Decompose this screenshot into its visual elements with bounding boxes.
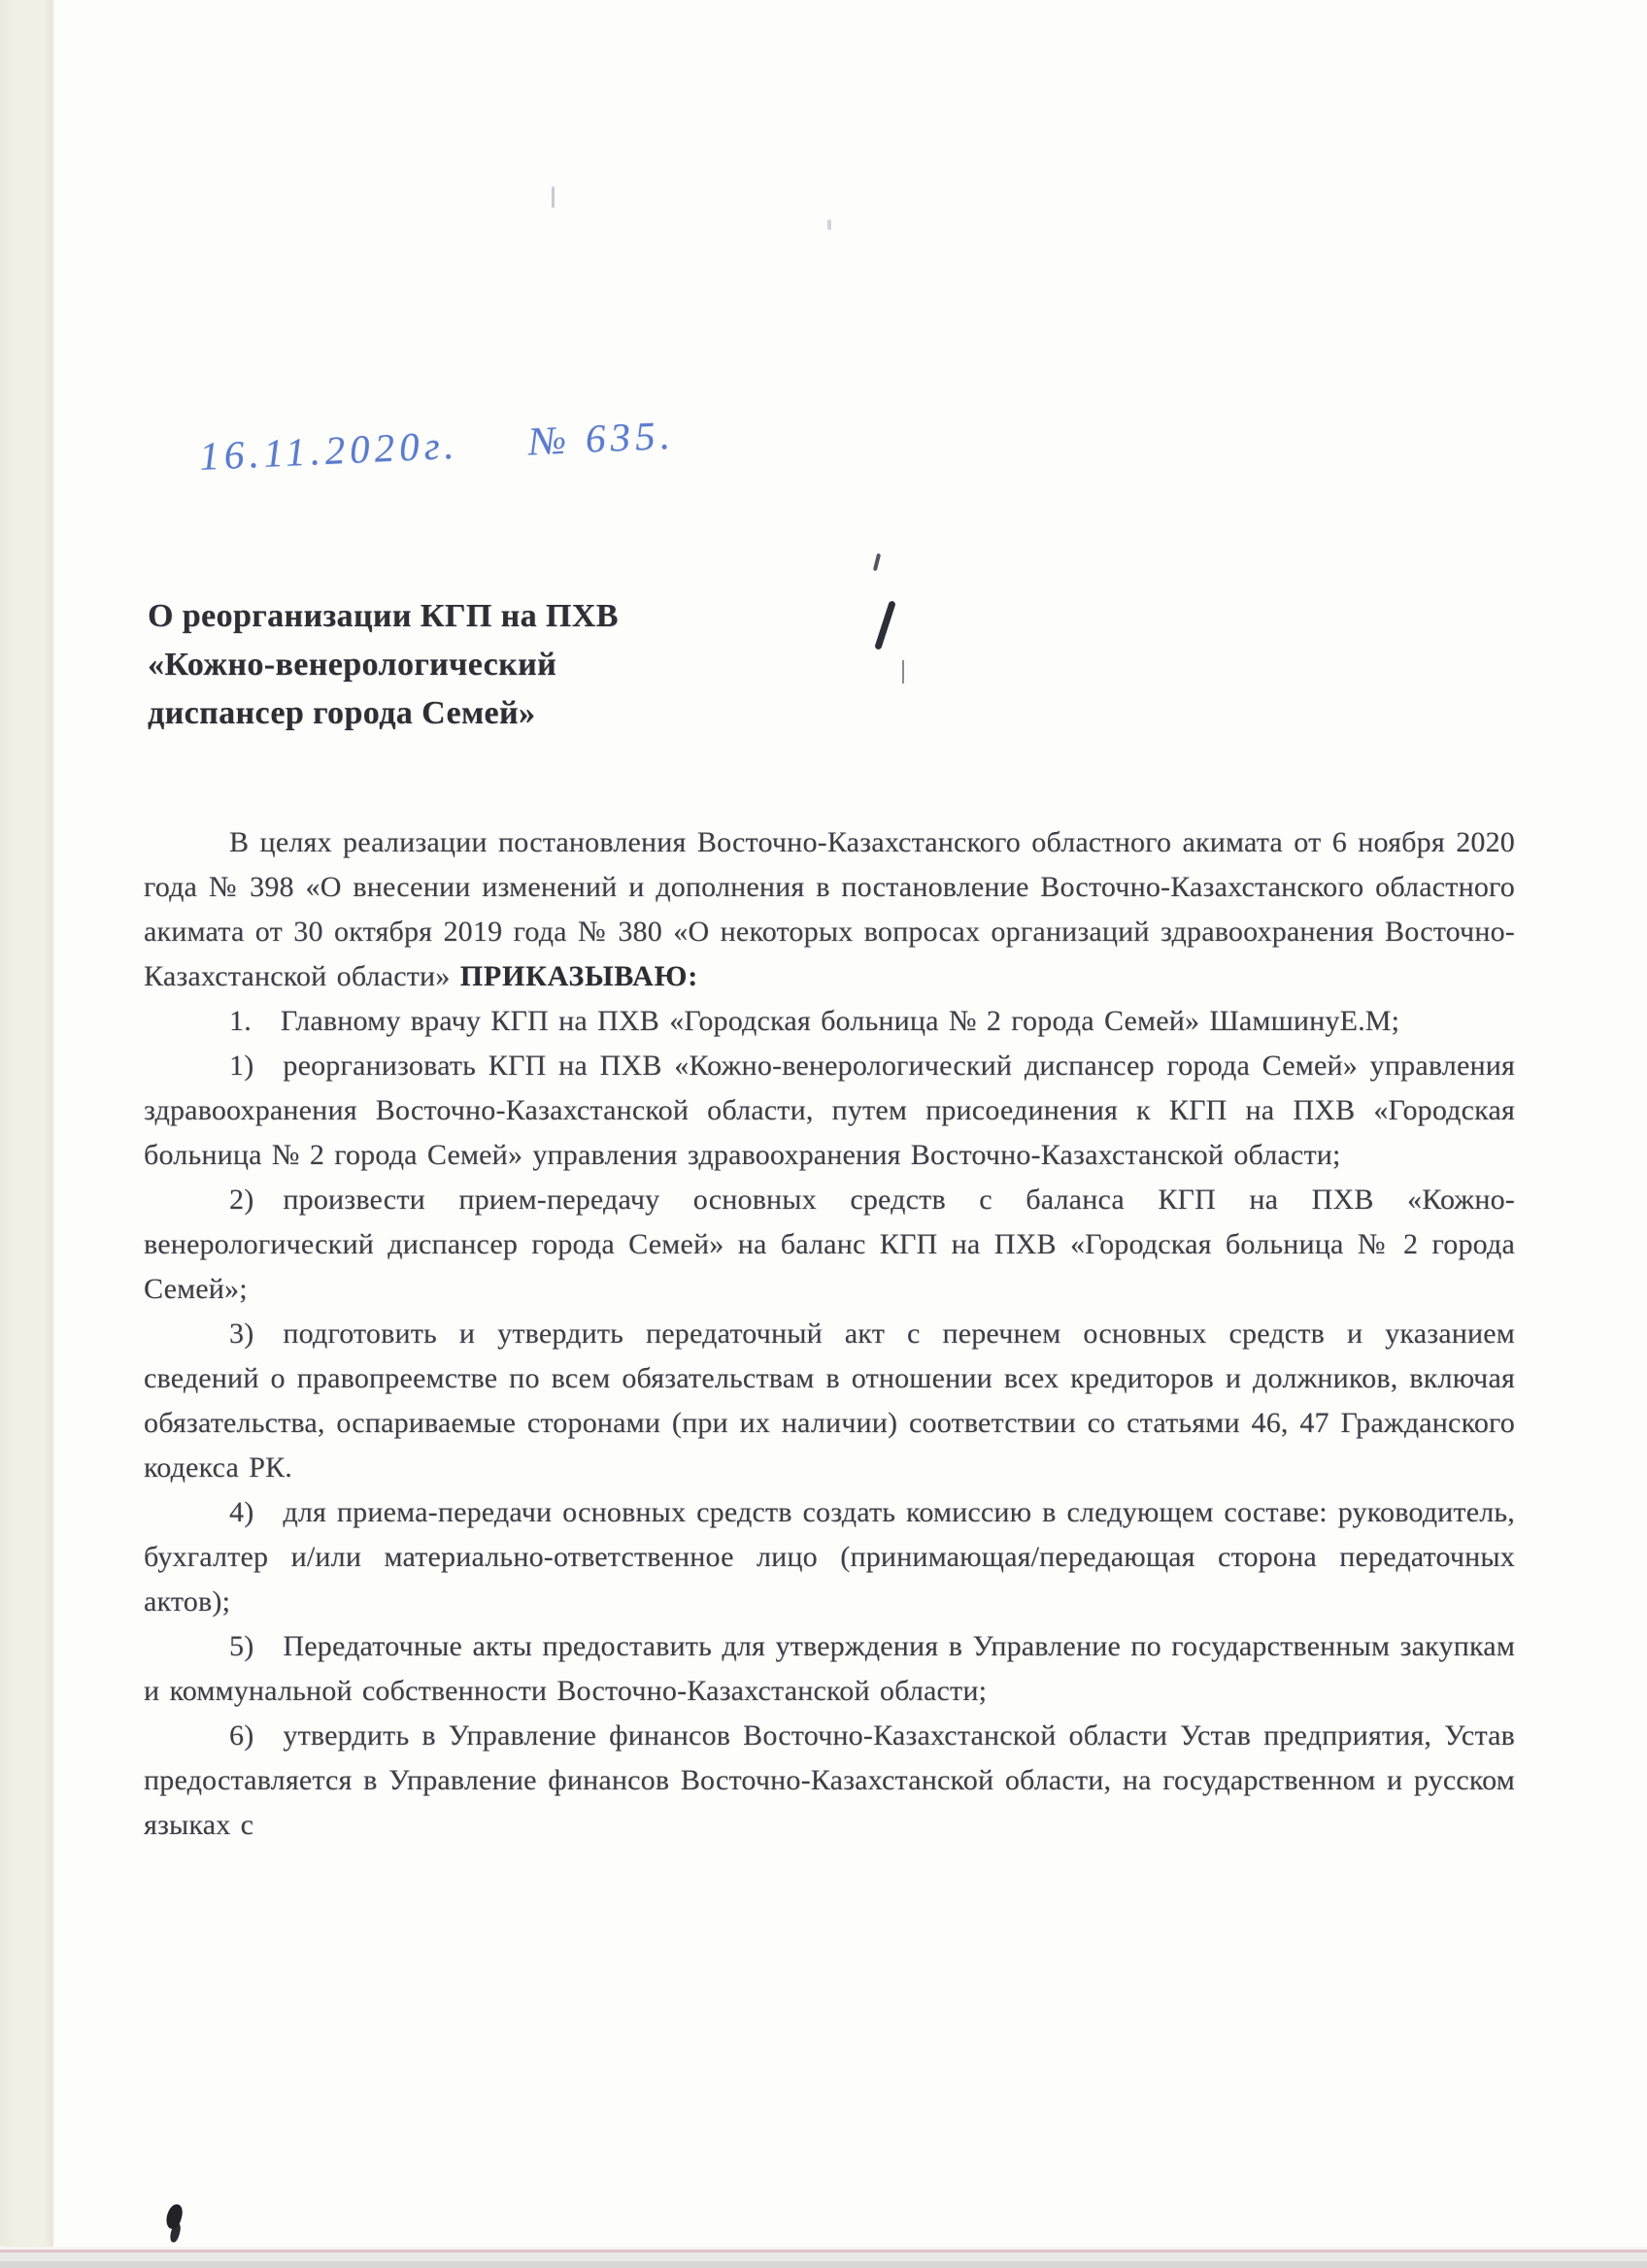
item-text: утвердить в Управление финансов Восточно… <box>144 1719 1515 1841</box>
order-title-line: О реорганизации КГП на ПХВ <box>148 592 789 641</box>
item-number: 5) <box>229 1630 253 1662</box>
scan-speck-artifact <box>552 186 555 208</box>
order-subitem-3: 3)подготовить и утвердить передаточный а… <box>144 1312 1515 1490</box>
order-title-line: «Кожно-венерологический <box>148 641 789 689</box>
order-title-line: диспансер города Семей» <box>148 689 789 738</box>
item-number: 4) <box>229 1496 253 1528</box>
pen-mark-artifact <box>873 553 881 571</box>
handwritten-registration: 16.11.2020г.№ 635. <box>198 402 879 480</box>
scan-left-margin <box>0 0 54 2268</box>
order-subitem-6: 6)утвердить в Управление финансов Восточ… <box>144 1714 1515 1848</box>
item-text: произвести прием-передачу основных средс… <box>144 1184 1515 1305</box>
ink-blot-artifact <box>164 2203 185 2231</box>
scan-bottom-edge <box>0 2247 1647 2268</box>
handwritten-number: № 635. <box>527 413 676 464</box>
pen-line-artifact <box>902 660 904 684</box>
item-number: 1) <box>229 1050 253 1082</box>
order-subitem-2: 2)произвести прием-передачу основных сре… <box>144 1178 1515 1312</box>
intro-paragraph: В целях реализации постановления Восточн… <box>144 820 1515 999</box>
scan-speck-artifact <box>827 219 831 230</box>
item-text: Передаточные акты предоставить для утвер… <box>144 1630 1515 1707</box>
order-subitem-5: 5)Передаточные акты предоставить для утв… <box>144 1624 1515 1714</box>
item-number: 1. <box>229 1005 252 1037</box>
scanned-document-page: 16.11.2020г.№ 635. О реорганизации КГП н… <box>0 0 1647 2268</box>
handwritten-date: 16.11.2020г. <box>198 422 459 479</box>
item-number: 6) <box>229 1719 253 1751</box>
order-title: О реорганизации КГП на ПХВ «Кожно-венеро… <box>148 592 789 738</box>
item-text: подготовить и утвердить передаточный акт… <box>144 1317 1515 1484</box>
item-text: для приема-передачи основных средств соз… <box>144 1496 1515 1618</box>
order-word: ПРИКАЗЫВАЮ: <box>460 960 698 992</box>
order-subitem-4: 4)для приема-передачи основных средств с… <box>144 1490 1515 1624</box>
item-number: 2) <box>229 1184 253 1216</box>
intro-text: В целях реализации постановления Восточн… <box>144 826 1515 992</box>
item-text: Главному врачу КГП на ПХВ «Городская бол… <box>281 1005 1399 1037</box>
order-body: В целях реализации постановления Восточн… <box>144 820 1515 1848</box>
pen-stroke-artifact <box>874 600 896 650</box>
item-text: реорганизовать КГП на ПХВ «Кожно-венерол… <box>144 1050 1515 1171</box>
order-subitem-1: 1)реорганизовать КГП на ПХВ «Кожно-венер… <box>144 1044 1515 1178</box>
item-number: 3) <box>229 1317 253 1350</box>
order-item-1: 1.Главному врачу КГП на ПХВ «Городская б… <box>144 999 1515 1044</box>
